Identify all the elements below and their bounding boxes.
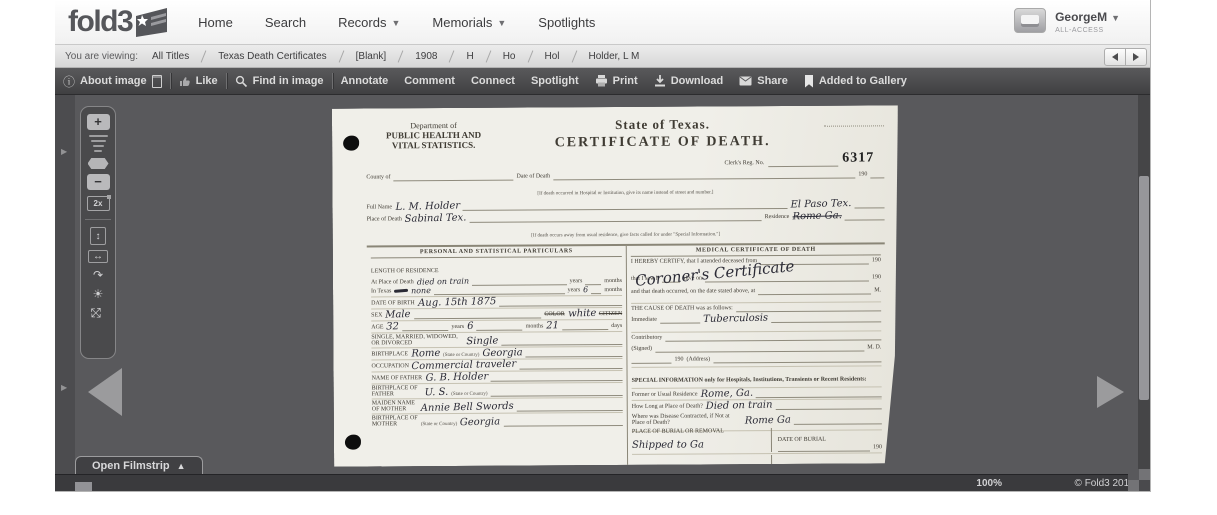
cert-value: white (568, 309, 596, 319)
print-label: Print (613, 75, 638, 87)
breadcrumb-separator (571, 50, 577, 62)
blank-line (393, 173, 513, 182)
cert-value: Rome, Ga. (700, 389, 753, 399)
blank-line (591, 286, 601, 294)
nav-records[interactable]: Records▼ (338, 15, 400, 30)
envelope-icon (739, 76, 752, 86)
cert-label: County of (366, 174, 390, 181)
resize-grip-square (1128, 480, 1139, 491)
cert-note: (State or Country) (421, 422, 457, 427)
cert-label: Full Name (366, 204, 392, 211)
cert-label: How Long at Place of Death? (632, 403, 703, 410)
blank-line (778, 443, 870, 452)
blank-line (562, 322, 608, 330)
cert-label: OCCUPATION (371, 363, 408, 370)
cert-label: 190 (858, 171, 867, 178)
avatar (1014, 8, 1046, 33)
open-filmstrip-tab[interactable]: Open Filmstrip ▲ (75, 456, 203, 474)
cert-value: El Paso Tex. (791, 199, 852, 209)
blank-line (402, 323, 448, 331)
cert-header: Department of PUBLIC HEALTH AND VITAL ST… (366, 113, 884, 152)
cert-label: SPECIAL INFORMATION only for Hospitals, … (632, 376, 867, 383)
cert-label: M. D. (867, 344, 881, 351)
zoom-slider-tick (93, 145, 104, 147)
cert-label: (Signed) (631, 346, 652, 353)
cert-label: SEX (371, 312, 382, 319)
resize-grip-square (1128, 469, 1139, 480)
spotlight-label: Spotlight (531, 75, 579, 87)
cert-place-of-death-row: Place of Death Sabinal Tex. Residence Ro… (367, 211, 885, 223)
blank-line (655, 343, 864, 352)
breadcrumb: You are viewing: All Titles Texas Death … (55, 45, 1150, 68)
added-to-gallery-button[interactable]: Added to Gallery (796, 68, 915, 94)
blank-line (434, 286, 564, 295)
blank-line (585, 277, 601, 285)
cert-burial-row: PLACE OF BURIAL OR REMOVAL Shipped to Ga… (632, 430, 882, 455)
cert-value: Rome Ga. (792, 211, 841, 221)
blank-line (477, 323, 523, 331)
cert-right-column: MEDICAL CERTIFICATE OF DEATH I HEREBY CE… (626, 244, 886, 466)
info-panel-icon (152, 75, 162, 88)
nav-home-label: Home (198, 15, 233, 30)
cert-label: PLACE OF BURIAL OR REMOVAL (632, 428, 768, 435)
blank-line (499, 298, 622, 307)
chevron-down-icon: ▼ (391, 18, 400, 28)
cert-columns: PERSONAL AND STATISTICAL PARTICULARS LEN… (367, 242, 886, 466)
cert-title-block: State of Texas. CERTIFICATE OF DEATH. (501, 114, 824, 152)
cert-label: UNDERTAKER (632, 465, 672, 467)
expand-arrows-icon: ⤡ (91, 305, 101, 320)
open-filmstrip-label: Open Filmstrip (92, 460, 170, 472)
cert-value: G. B. Holder (425, 372, 488, 382)
like-label: Like (196, 75, 218, 87)
main-nav: Home Search Records▼ Memorials▼ Spotligh… (198, 15, 595, 30)
user-meta: GeorgeM▼ ALL-ACCESS (1055, 8, 1120, 34)
cert-value: Georgia (460, 417, 500, 427)
blank-line (414, 310, 542, 319)
cert-label: Residence (765, 214, 790, 221)
nav-home[interactable]: Home (198, 15, 233, 30)
cert-label: NAME OF FATHER (372, 375, 423, 382)
blank-line (854, 200, 884, 208)
blank-line (758, 286, 871, 295)
cert-value: Rome (411, 349, 440, 359)
cert-value: 6 (467, 322, 474, 331)
cert-label: Immediate (631, 317, 657, 324)
cert-value: Male (385, 310, 411, 320)
nav-search[interactable]: Search (265, 15, 306, 30)
chevron-down-icon: ▼ (1111, 13, 1120, 23)
horizontal-scrollbar-thumb[interactable] (75, 482, 92, 491)
horizontal-arrows-icon: ↔ (93, 251, 103, 262)
cert-label: Where was Disease Contracted, if Not at … (632, 413, 742, 426)
nav-memorials-label: Memorials (432, 15, 492, 30)
fold3-logo-text: fold3 (68, 7, 132, 37)
cert-label: (Address) (686, 356, 710, 363)
magnifier-2x-button[interactable]: 2x (87, 196, 110, 211)
fold3-logo[interactable]: fold3 (68, 5, 170, 39)
cert-marital-status: SINGLE, MARRIED, WIDOWED, OR DIVORCED Si… (371, 332, 622, 349)
document-image[interactable]: Department of PUBLIC HEALTH AND VITAL ST… (332, 105, 900, 466)
user-plan-badge: ALL-ACCESS (1055, 27, 1120, 34)
cert-label: years (451, 324, 464, 331)
hole-punch (345, 435, 361, 450)
fold3-flag-icon (134, 7, 170, 39)
blank-line (472, 277, 567, 286)
right-triangle-icon (1133, 53, 1139, 61)
printer-icon (595, 75, 608, 87)
cert-special-information: SPECIAL INFORMATION only for Hospitals, … (632, 366, 882, 389)
chevron-up-icon: ▲ (177, 461, 186, 471)
vertical-scrollbar-thumb[interactable] (1139, 176, 1149, 400)
find-in-image-button[interactable]: Find in image (227, 68, 332, 94)
breadcrumb-separator (338, 50, 344, 62)
cert-label: years (568, 287, 581, 294)
cert-note: (State or Country) (451, 392, 487, 397)
cert-value: L. M. Holder (395, 201, 460, 212)
info-icon: ⓘ (63, 73, 75, 90)
previous-record-button[interactable] (1104, 48, 1126, 66)
cert-label: months (604, 278, 622, 285)
breadcrumb-item-record[interactable]: Holder, L M (589, 51, 640, 62)
cert-label: SINGLE, MARRIED, WIDOWED, OR DIVORCED (371, 334, 463, 347)
cert-value: Commercial traveler (412, 360, 517, 371)
breadcrumb-separator (527, 50, 533, 62)
cert-label: and that death occurred, on the date sta… (631, 288, 755, 296)
about-image-label: About image (80, 75, 147, 87)
cert-note: [If death occurs away from usual residen… (531, 232, 720, 238)
blank-line (660, 315, 700, 323)
image-toolbar: ⓘ About image Like Find in image Annotat… (55, 68, 1150, 95)
next-image-arrow[interactable] (1097, 376, 1124, 408)
cert-label: PUBLIC HEALTH AND (366, 130, 501, 141)
blank-line (768, 159, 838, 167)
user-name: GeorgeM (1055, 10, 1107, 24)
cert-label: 190 (873, 444, 882, 451)
zoom-tool-palette: + − 2x ↕ ↔ ↷ ☀ ⤢⤡ (80, 106, 116, 359)
zoom-slider-tick (89, 135, 108, 137)
avatar-picture-icon (1021, 15, 1039, 27)
blank-line (845, 212, 885, 220)
cert-label: months (526, 323, 544, 330)
brightness-button[interactable]: ☀ (93, 287, 104, 301)
blank-line (631, 356, 671, 364)
cert-value: 6 (583, 285, 588, 294)
cert-value: Tuberculosis (703, 314, 768, 325)
fit-height-button[interactable]: ↕ (90, 227, 106, 245)
zoom-slider[interactable] (89, 135, 108, 152)
blank-line (491, 388, 623, 397)
zoom-slider-handle[interactable] (88, 158, 109, 169)
blank-line (517, 403, 623, 412)
cert-value: 32 (386, 322, 399, 331)
blank-line (665, 332, 881, 341)
blank-line (794, 416, 882, 425)
blank-line (771, 314, 881, 323)
breadcrumb-item-title[interactable]: Texas Death Certificates (218, 51, 326, 62)
screenshot-stage: fold3 Home Search Records▼ Memorials▼ Sp… (0, 0, 1217, 515)
zoom-in-button[interactable]: + (87, 114, 110, 130)
left-panel-rail: ▶ ▶ (55, 95, 75, 474)
rotate-icon: ↷ (93, 268, 103, 282)
rotate-button[interactable]: ↷ (93, 268, 103, 282)
blank-line (501, 337, 622, 346)
chevron-down-icon: ▼ (497, 18, 506, 28)
fullscreen-button[interactable]: ⤢⤡ (91, 305, 106, 320)
cert-label: Contributory (631, 335, 662, 342)
connect-label: Connect (471, 75, 515, 87)
panel-toggle-icon[interactable]: ▶ (61, 383, 67, 392)
cert-label: In Texas (371, 288, 391, 295)
cert-label: COLOR (544, 311, 564, 318)
blank-line (713, 354, 881, 363)
hole-punch (343, 136, 359, 151)
cert-label: LENGTH OF RESIDENCE (371, 268, 439, 274)
nav-records-label: Records (338, 15, 386, 30)
vertical-scrollbar[interactable] (1138, 95, 1150, 474)
breadcrumb-item-h[interactable]: H (466, 51, 473, 62)
share-button[interactable]: Share (731, 68, 796, 94)
cert-value: Annie Bell Swords (421, 402, 514, 413)
left-triangle-icon (1112, 53, 1118, 61)
blank-line (776, 401, 882, 410)
cert-form-number-line (824, 117, 884, 126)
added-to-gallery-label: Added to Gallery (819, 75, 907, 87)
cert-value: U. S. (425, 388, 449, 398)
cert-label: M. (874, 287, 881, 294)
cert-label: years (570, 278, 583, 285)
nav-spotlights-label: Spotlights (538, 15, 595, 30)
annotate-label: Annotate (341, 75, 389, 87)
like-button[interactable]: Like (171, 68, 226, 94)
cert-length-of-residence: LENGTH OF RESIDENCE At Place of Death di… (371, 257, 622, 298)
nav-spotlights[interactable]: Spotlights (538, 15, 595, 30)
panel-toggle-icon[interactable]: ▶ (61, 147, 67, 156)
cert-note: [If death occurred in Hospital or Instit… (537, 190, 713, 196)
download-button[interactable]: Download (646, 68, 732, 94)
cert-value: Georgia (482, 348, 522, 358)
about-image-button[interactable]: ⓘ About image (55, 68, 170, 94)
cert-label: Place of Death (367, 216, 402, 223)
cert-value: Single (466, 336, 498, 346)
top-header: fold3 Home Search Records▼ Memorials▼ Sp… (55, 0, 1150, 45)
cert-note: (State or Country) (443, 353, 479, 358)
zoom-level-indicator: 100% (976, 478, 1002, 489)
cert-mother-maiden-name: MAIDEN NAME OF MOTHER Annie Bell Swords (372, 398, 623, 415)
scribble-mark (394, 289, 408, 293)
blank-line (491, 373, 623, 382)
breadcrumb-item-blank[interactable]: [Blank] (356, 51, 387, 62)
breadcrumb-separator (485, 50, 491, 62)
cert-department-block: Department of PUBLIC HEALTH AND VITAL ST… (366, 116, 501, 151)
cert-label: DATE OF BIRTH (371, 300, 415, 307)
cert-label: Date of Death (516, 173, 550, 180)
comment-button[interactable]: Comment (396, 68, 463, 94)
breadcrumb-prefix: You are viewing: (65, 51, 138, 62)
cert-clerk-reg-row: Clerk's Reg. No. 6317 (366, 150, 874, 169)
cert-label: MAIDEN NAME OF MOTHER (372, 400, 418, 412)
download-icon (654, 75, 666, 87)
resize-grip-square (1139, 469, 1150, 480)
cert-label: days (611, 323, 622, 330)
cert-label: ADDRESS (778, 464, 805, 467)
share-label: Share (757, 75, 788, 87)
next-record-button[interactable] (1126, 48, 1147, 66)
nav-search-label: Search (265, 15, 306, 30)
cert-label: 190 (872, 274, 881, 281)
cert-value: Died on train (706, 400, 773, 411)
blank-line (526, 349, 623, 358)
cert-fullname-row: Full Name L. M. Holder El Paso Tex. (366, 199, 884, 211)
sun-icon: ☀ (93, 287, 104, 301)
blank-line (503, 418, 622, 427)
cert-registration-number: 6317 (842, 150, 874, 166)
find-in-image-label: Find in image (253, 75, 324, 87)
breadcrumb-item-hol[interactable]: Hol (545, 51, 560, 62)
copyright-text: © Fold3 2011 (1075, 478, 1134, 489)
cert-label: BIRTHPLACE OF FATHER (372, 385, 422, 397)
cert-label: THE CAUSE OF DEATH was as follows: (631, 305, 733, 313)
cert-undertaker-row: UNDERTAKER ADDRESS (632, 453, 882, 466)
cert-cause-of-death: THE CAUSE OF DEATH was as follows: Immed… (631, 302, 881, 333)
cert-label: months (604, 287, 622, 294)
comment-label: Comment (404, 75, 455, 87)
status-bar: 100% © Fold3 2011 (55, 474, 1150, 492)
annotate-button[interactable]: Annotate (333, 68, 397, 94)
cert-label: 190 (674, 357, 683, 364)
cert-signature-block: Contributory (Signed)M. D. 190(Address) (631, 331, 881, 368)
cert-label: Clerk's Reg. No. (724, 160, 764, 167)
cert-disease-contracted: How Long at Place of Death?Died on train… (632, 399, 882, 432)
user-menu[interactable]: GeorgeM▼ ALL-ACCESS (1014, 8, 1120, 34)
record-pager (1104, 48, 1147, 66)
cert-state-title: State of Texas. (501, 116, 824, 134)
previous-image-arrow[interactable] (88, 368, 122, 416)
search-icon (235, 75, 248, 88)
fold3-viewer-window: fold3 Home Search Records▼ Memorials▼ Sp… (55, 0, 1151, 492)
cert-value: 21 (546, 321, 559, 330)
spotlight-button[interactable]: Spotlight (523, 68, 587, 94)
connect-button[interactable]: Connect (463, 68, 523, 94)
cert-certify-block: I HEREBY CERTIFY, that I attended deceas… (631, 255, 881, 304)
thumbs-up-icon (179, 75, 191, 87)
cert-label: 190 (872, 257, 881, 264)
print-button[interactable]: Print (587, 68, 646, 94)
certificate: Department of PUBLIC HEALTH AND VITAL ST… (366, 113, 886, 466)
palette-divider (85, 219, 111, 220)
blank-line (756, 389, 882, 398)
bookmark-icon (804, 75, 814, 88)
breadcrumb-separator (449, 50, 455, 62)
blank-line (870, 170, 884, 178)
blank-line (520, 361, 623, 370)
cert-main-title: CERTIFICATE OF DEATH. (501, 134, 824, 152)
breadcrumb-separator (398, 50, 404, 62)
zoom-slider-tick (91, 140, 106, 142)
breadcrumb-item-all-titles[interactable]: All Titles (152, 51, 189, 62)
nav-memorials[interactable]: Memorials▼ (432, 15, 506, 30)
blank-line (736, 303, 881, 312)
fit-width-button[interactable]: ↔ (88, 250, 108, 263)
download-label: Download (671, 75, 724, 87)
cert-value: Rome Ga (745, 416, 791, 426)
cert-value: Shipped to Ga (632, 439, 704, 450)
breadcrumb-item-year[interactable]: 1908 (415, 51, 437, 62)
cert-value: none (411, 286, 431, 295)
cert-father-birthplace: BIRTHPLACE OF FATHER U. S. (State or Cou… (372, 383, 623, 400)
breadcrumb-separator (201, 50, 207, 62)
zoom-slider-tick (94, 150, 102, 152)
resize-grip[interactable] (1128, 469, 1150, 491)
cert-label: Former or Usual Residence (632, 392, 698, 399)
cert-label: BIRTHPLACE (371, 351, 408, 358)
image-viewer-canvas[interactable]: ▶ ▶ + − 2x ↕ ↔ ↷ ☀ ⤢⤡ (55, 95, 1150, 474)
vertical-arrows-icon: ↕ (96, 231, 101, 242)
cert-label: CITIZEN (599, 311, 622, 318)
breadcrumb-item-ho[interactable]: Ho (503, 51, 516, 62)
cert-value: Aug. 15th 1875 (418, 297, 496, 308)
cert-label: At Place of Death (371, 279, 414, 286)
blank-line (463, 201, 788, 211)
cert-mother-birthplace: BIRTHPLACE OF MOTHER (State or Country) … (372, 413, 623, 429)
zoom-out-button[interactable]: − (87, 174, 110, 190)
cert-left-column: PERSONAL AND STATISTICAL PARTICULARS LEN… (367, 246, 627, 467)
cert-label: AGE (371, 324, 383, 331)
cert-label: VITAL STATISTICS. (366, 140, 501, 151)
cert-label: BIRTHPLACE OF MOTHER (372, 415, 418, 427)
cert-value: Sabinal Tex. (405, 213, 467, 223)
resize-grip-square (1139, 480, 1150, 491)
